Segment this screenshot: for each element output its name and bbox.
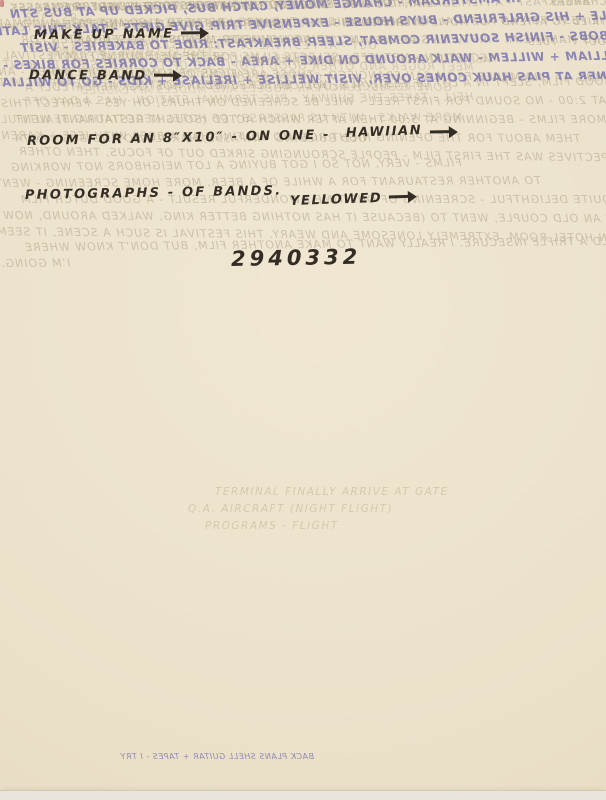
ghost-aircraft: Q.A. AIRCRAFT (NIGHT FLIGHT) xyxy=(188,503,393,515)
note-text: DANCE BAND xyxy=(29,68,147,84)
ghost-programs: PROGRAMS - FLIGHT xyxy=(205,520,339,532)
page-bottom-edge xyxy=(0,790,606,800)
arrow-right-icon xyxy=(154,74,174,77)
reverse-ink-interline-note: BACK PLANS SHELL GUITAR + TAPES - I TRY xyxy=(120,752,314,761)
note-text: MAKE UP NAME xyxy=(34,27,174,43)
notebook-page-scan: CHANGESTRIED TO ATTEND - OF MOVIE - VERY… xyxy=(0,0,606,800)
note-line-danceband: DANCE BAND xyxy=(29,68,606,86)
note-text-emphasis: HAWIIAN xyxy=(346,123,423,141)
arrow-right-icon xyxy=(430,130,450,133)
arrow-right-icon xyxy=(181,31,201,34)
ghost-terminal: TERMINAL FINALLY ARRIVE AT GATE xyxy=(215,486,449,498)
arrow-right-icon xyxy=(389,195,409,199)
note-text-emphasis: YELLOWED xyxy=(290,191,383,209)
